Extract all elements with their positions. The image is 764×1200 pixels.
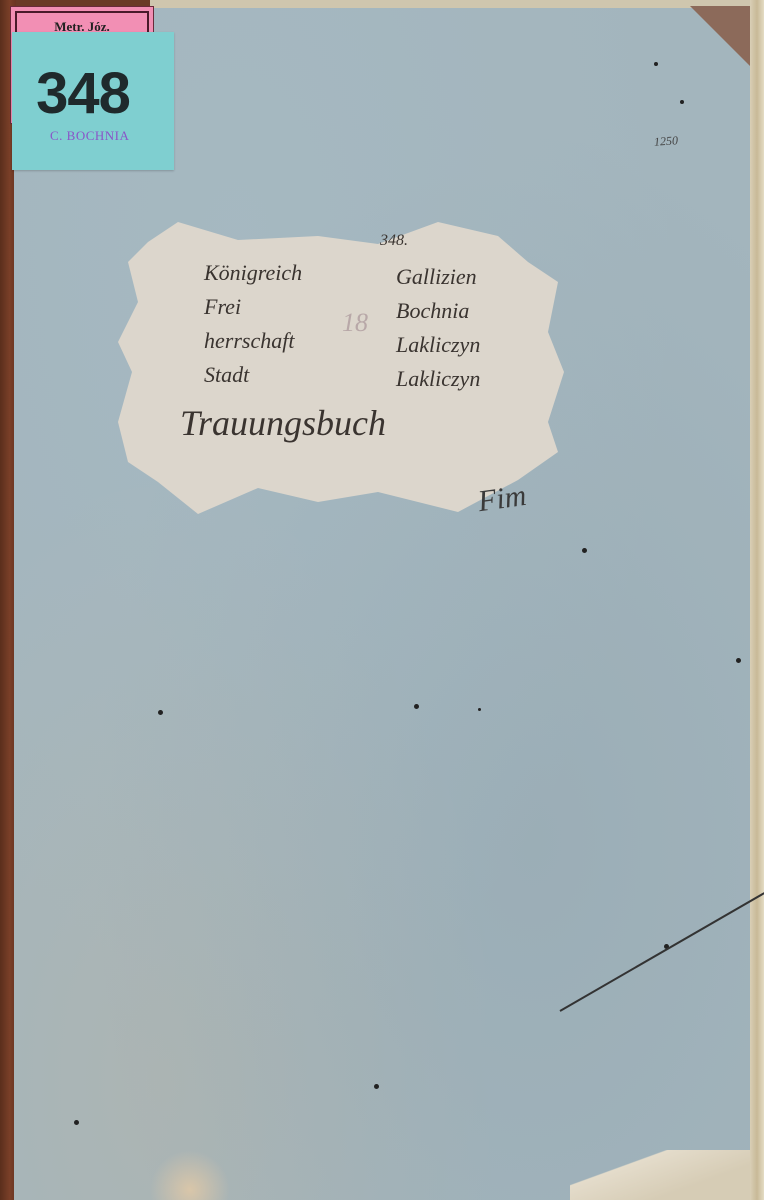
ink-spot [680, 100, 684, 104]
location-stamp: C. BOCHNIA [50, 128, 129, 144]
pencil-note: 1250 [654, 133, 679, 150]
left-line-3: herrschaft [204, 328, 294, 354]
ink-spot [374, 1084, 379, 1089]
right-line-3: Lakliczyn [396, 332, 480, 358]
paper-label-shape [118, 222, 566, 516]
torn-corner [570, 1150, 750, 1200]
handwritten-paper-label: 348. Königreich Frei herrschaft Stadt 18… [118, 222, 566, 516]
ink-spot [158, 710, 163, 715]
left-line-2: Frei [204, 294, 241, 320]
register-title: Trauungsbuch [180, 402, 386, 444]
faded-mark: 18 [342, 308, 368, 338]
top-page-edge [150, 0, 764, 8]
left-line-1: Königreich [204, 260, 302, 286]
left-line-4: Stadt [204, 362, 249, 388]
right-line-1: Gallizien [396, 264, 477, 290]
ink-spot [582, 548, 587, 553]
leather-corner [690, 6, 750, 66]
ink-spot [478, 708, 481, 711]
catalog-number: 348. [380, 232, 408, 250]
ink-spot [654, 62, 658, 66]
right-line-4: Lakliczyn [396, 366, 480, 392]
ink-spot [414, 704, 419, 709]
archive-number: 348 [12, 60, 154, 127]
book-cover [14, 6, 756, 1200]
ink-spot [74, 1120, 79, 1125]
worn-patch [150, 1150, 230, 1200]
right-line-2: Bochnia [396, 298, 469, 324]
right-page-edge [750, 0, 764, 1200]
blue-archive-label: 348 C. BOCHNIA [12, 32, 174, 170]
signature: Fim [476, 479, 529, 519]
ink-spot [736, 658, 741, 663]
